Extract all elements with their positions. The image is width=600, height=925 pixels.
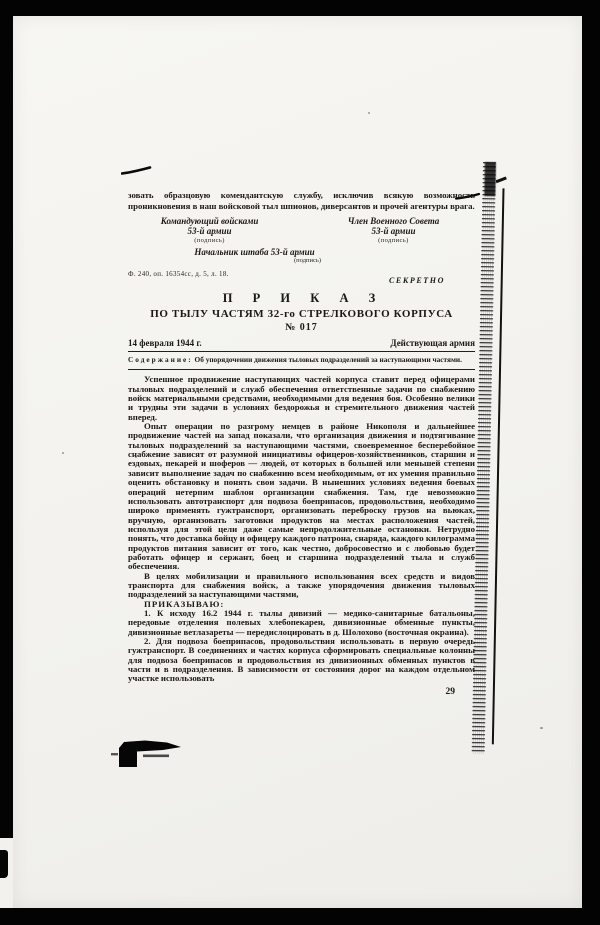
subject-label: Содержание: xyxy=(128,355,193,364)
signature-left-note: (подпись) xyxy=(128,237,291,245)
signature-left-unit: 53-й армии xyxy=(128,226,291,237)
body-paragraph-3: В целях мобилизации и правильного исполь… xyxy=(128,572,475,600)
horizontal-rule-bottom xyxy=(128,369,475,370)
page-edge-hook xyxy=(495,176,506,183)
dust-speck xyxy=(62,452,64,454)
army-status: Действующая армия xyxy=(390,338,475,348)
order-subtitle: ПО ТЫЛУ ЧАСТЯМ 32-го СТРЕЛКОВОГО КОРПУСА xyxy=(128,308,475,320)
subject-line: Содержание: Об упорядочении движения тыл… xyxy=(128,352,475,367)
body-paragraph-1: Успешное продвижение наступающих частей … xyxy=(128,375,475,422)
order-date: 14 февраля 1944 г. xyxy=(128,338,202,348)
signature-left: Командующий войсками 53-й армии (подпись… xyxy=(128,216,291,245)
archive-reference-row: Ф. 240, оп. 16354сс, д. 5, л. 18. СЕКРЕТ… xyxy=(128,269,475,287)
body-paragraph-2: Опыт операции по разгрому немцев в район… xyxy=(128,422,475,572)
order-number: № 017 xyxy=(128,322,475,333)
dust-speck xyxy=(540,727,543,729)
ink-dash-mark-1 xyxy=(121,165,153,176)
signature-right-title: Член Военного Совета xyxy=(312,216,475,227)
ink-blot-mark xyxy=(111,738,185,770)
dust-speck xyxy=(368,112,370,114)
order-title: П Р И К А З xyxy=(128,291,475,306)
classification-stamp: СЕКРЕТНО xyxy=(389,276,445,285)
dateline-row: 14 февраля 1944 г. Действующая армия xyxy=(128,338,475,348)
document-page: зовать образцовую комендантскую службу, … xyxy=(13,16,582,908)
left-edge-notch xyxy=(0,850,8,878)
subject-text: Об упорядочении движения тыловых подразд… xyxy=(195,355,462,364)
signature-right: Член Военного Совета 53-й армии (подпись… xyxy=(312,216,475,245)
order-body: Успешное продвижение наступающих частей … xyxy=(128,375,475,683)
order-item-1: 1. К исходу 16.2 1944 г. тылы дивизий — … xyxy=(128,609,475,637)
continuation-paragraph: зовать образцовую комендантскую службу, … xyxy=(128,190,475,212)
signature-right-note: (подпись) xyxy=(312,237,475,245)
signature-chief-of-staff: Начальник штаба 53-й армии xyxy=(128,247,475,258)
scanned-archive-photo: { "doc": { "paper_color": "#f5f4f0", "in… xyxy=(0,0,600,925)
page-number: 29 xyxy=(128,687,475,697)
signature-right-unit: 53-й армии xyxy=(312,226,475,237)
gutter-dark-top xyxy=(484,162,496,196)
text-block: зовать образцовую комендантскую службу, … xyxy=(128,190,475,697)
signature-chief-note: (подпись) xyxy=(128,257,475,265)
archive-reference: Ф. 240, оп. 16354сс, д. 5, л. 18. xyxy=(128,270,229,278)
signature-left-title: Командующий войсками xyxy=(128,216,291,227)
order-item-2: 2. Для подвоза боеприпасов, продовольств… xyxy=(128,637,475,684)
signature-row: Командующий войсками 53-й армии (подпись… xyxy=(128,216,475,245)
binding-gutter-band xyxy=(472,162,511,754)
